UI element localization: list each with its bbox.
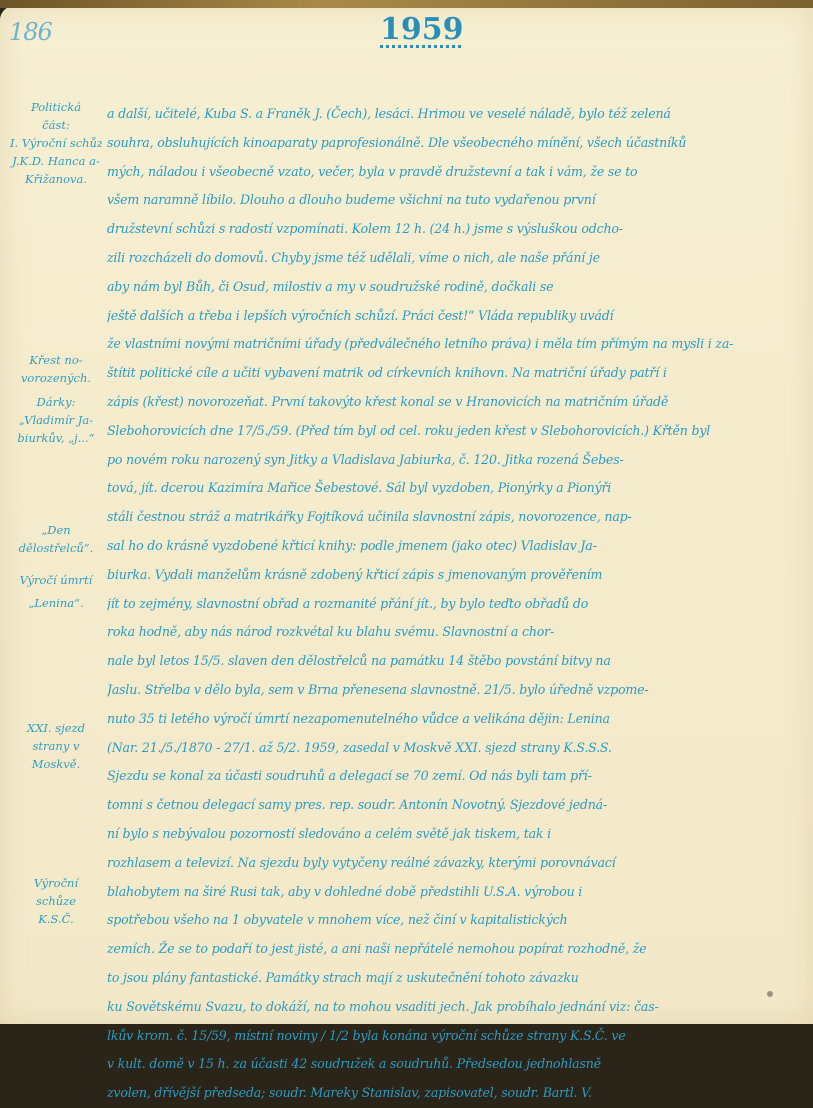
handwritten-line: souhra, obsluhujících kinoaparaty paprof… [107,129,797,158]
margin-note-line: Křest no- [10,351,102,369]
margin-note-line: Výroční [10,874,102,892]
handwritten-line: jít to zejmény, slavnostní obřad a rozma… [107,590,797,619]
handwritten-line: a další, učitelé, Kuba S. a Franěk J. (Č… [107,100,797,129]
margin-note-line: strany v [10,737,102,755]
book-top-edge [0,0,813,8]
margin-note-line: „Den [10,521,102,539]
handwritten-line: aby nám byl Bůh, či Osud, milostiv a my … [107,273,797,302]
margin-note-line: Dárky: [10,393,102,411]
margin-note-line: schůze [10,892,102,910]
handwritten-line: ještě dalších a třeba i lepších výročníc… [107,302,797,331]
margin-note: „Dendělostřelců“. [10,521,102,557]
handwritten-line: Sjezdu se konal za účasti soudruhů a del… [107,762,797,791]
margin-note-line: „Vladimír Ja- [10,411,102,429]
margin-note-line: část: [10,116,102,134]
year-heading: 1959 [380,12,464,47]
margin-note-line: J.K.D. Hanca a- [10,152,102,170]
margin-note: XXI. sjezdstrany vMoskvě. [10,719,102,773]
handwritten-line: nale byl letos 15/5. slaven den dělostře… [107,647,797,676]
margin-note-line: vorozených. [10,369,102,387]
handwritten-line: Slebohorovicích dne 17/5./59. (Před tím … [107,417,797,446]
margin-note-line: K.S.Č. [10,910,102,928]
handwritten-line: ní bylo s nebývalou pozorností sledováno… [107,820,797,849]
margin-note-line: Křižanova. [10,170,102,188]
margin-note-line: XXI. sjezd [10,719,102,737]
margin-note-line: Výročí úmrtí [10,571,102,589]
handwritten-line: že vlastními novými matričními úřady (př… [107,330,797,359]
margin-note: VýročníschůzeK.S.Č. [10,874,102,928]
handwritten-line: zápis (křest) novorozeňat. První takovýt… [107,388,797,417]
handwritten-line: Jaslu. Střelba v dělo byla, sem v Brna p… [107,676,797,705]
margin-note-line: biurkův, „j...“ [10,429,102,447]
margin-note-line: dělostřelců“. [10,539,102,557]
chronicle-page: 186 1959 Politickáčást:I. Výroční schůze… [0,6,813,1024]
handwritten-line: mých, náladou i všeobecně vzato, večer, … [107,158,797,187]
handwritten-line: spotřebou všeho na 1 obyvatele v mnohem … [107,906,797,935]
margin-note: Politickáčást:I. Výroční schůzeJ.K.D. Ha… [10,98,102,188]
margin-note-line: I. Výroční schůze [10,134,102,152]
handwritten-line: nuto 35 ti letého výročí úmrtí nezapomen… [107,705,797,734]
handwritten-line: blahobytem na širé Rusi tak, aby v dohle… [107,878,797,907]
handwritten-line: stáli čestnou stráž a matrikářky Fojtíko… [107,503,797,532]
handwritten-line: družstevní schůzi s radostí vzpomínati. … [107,215,797,244]
handwritten-line: tomni s četnou delegací samy pres. rep. … [107,791,797,820]
handwritten-line: po novém roku narozený syn Jitky a Vladi… [107,446,797,475]
handwritten-line: zili rozcházeli do domovů. Chyby jsme té… [107,244,797,273]
handwritten-line: biurka. Vydali manželům krásně zdobený k… [107,561,797,590]
body-text: a další, učitelé, Kuba S. a Franěk J. (Č… [107,100,797,1024]
ink-smudge [767,991,773,997]
handwritten-line: rozhlasem a televizí. Na sjezdu byly vyt… [107,849,797,878]
handwritten-line: to jsou plány fantastické. Památky strac… [107,964,797,993]
margin-note-line: „Lenina“. [10,594,102,612]
handwritten-line: štítit politické cíle a učiti vybavení m… [107,359,797,388]
handwritten-line: tová, jít. dcerou Kazimíra Mařice Šebest… [107,474,797,503]
handwritten-line: zemích. Že se to podaří to jest jisté, a… [107,935,797,964]
handwritten-line: sal ho do krásně vyzdobené křticí knihy:… [107,532,797,561]
handwritten-line: roka hodně, aby nás národ rozkvétal ku b… [107,618,797,647]
margin-note: „Lenina“. [10,594,102,612]
handwritten-line: (Nar. 21./5./1870 - 27/1. až 5/2. 1959, … [107,734,797,763]
page-number: 186 [9,18,52,46]
margin-note-line: Moskvě. [10,755,102,773]
handwritten-line: ku Sovětskému Svazu, to dokáží, na to mo… [107,993,797,1022]
margin-note: Křest no-vorozených. [10,351,102,387]
margin-note: Dárky:„Vladimír Ja-biurkův, „j...“ [10,393,102,447]
handwritten-line: všem naramně líbilo. Dlouho a dlouho bud… [107,186,797,215]
margin-note-line: Politická [10,98,102,116]
margin-note: Výročí úmrtí [10,571,102,589]
